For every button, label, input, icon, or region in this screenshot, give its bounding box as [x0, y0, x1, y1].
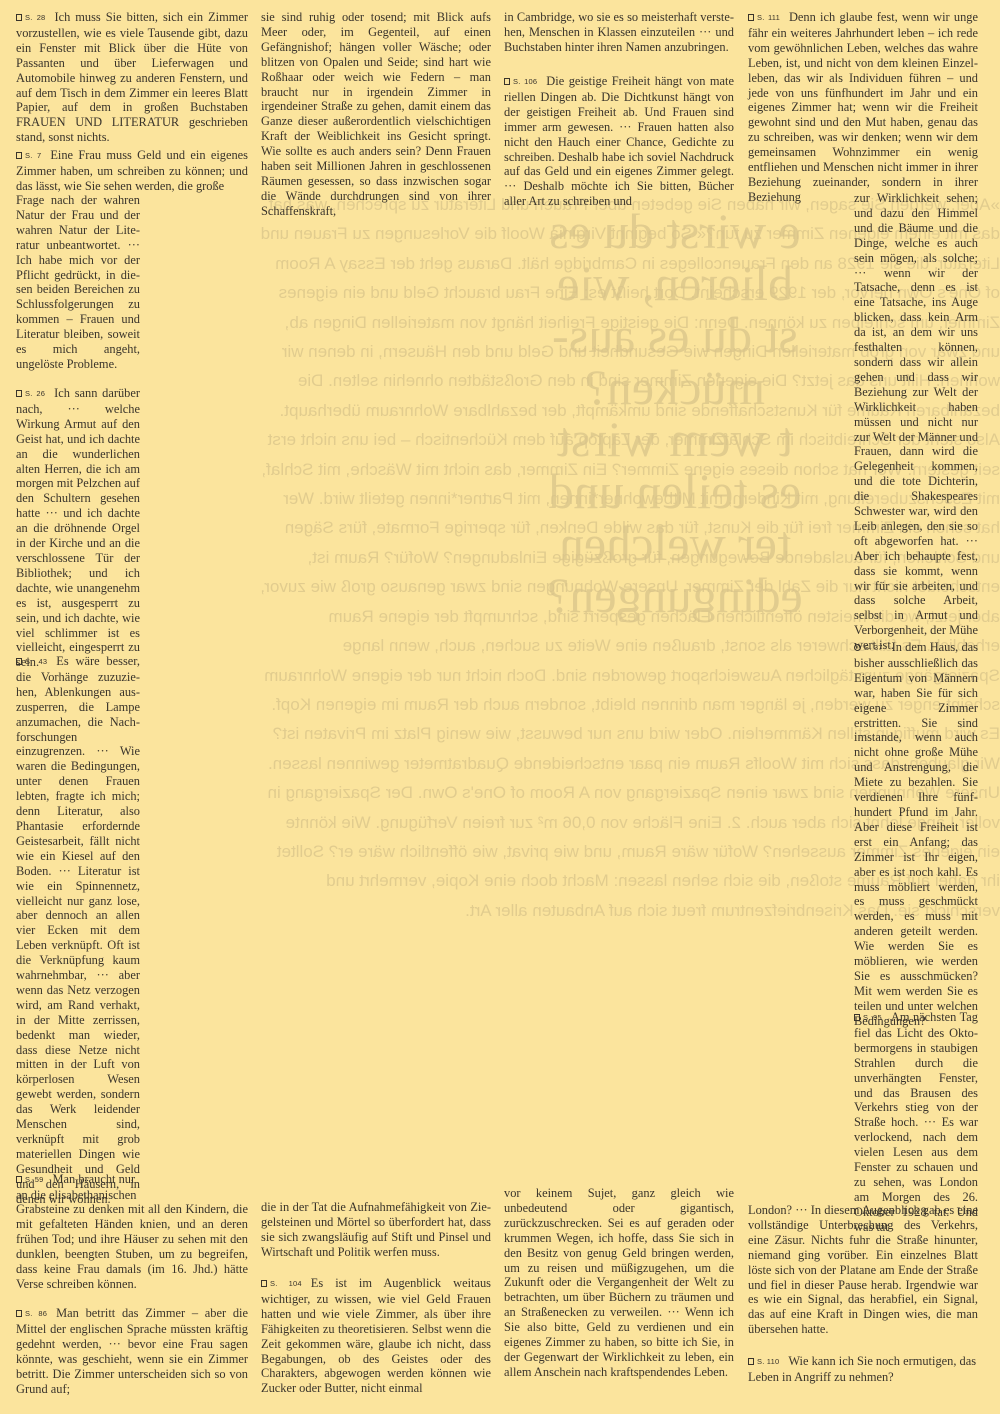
- quote-block-s28: S. 28Ich muss Sie bitten, sich ein Zimme…: [16, 10, 248, 145]
- page-marker: S. 104: [261, 1279, 302, 1288]
- quote-text: die Vorhänge zuzuzie­hen, Ablenkungen au…: [16, 670, 140, 1206]
- quote-lead: Ich muss Sie bitten, sich ein Zimmer: [54, 10, 248, 24]
- page-marker: S. 59: [16, 1175, 44, 1184]
- quote-text: zur Wirklichkeit sehen; und dazu den Him…: [854, 191, 978, 653]
- quote-block-s106: S. 106Die geistige Freiheit hängt von ma…: [504, 74, 734, 209]
- page-marker: S. 43: [16, 657, 47, 666]
- quote-block-s59-head: S. 59Man braucht nuran die elisabethanis…: [16, 1172, 140, 1203]
- quote-text: Leben in Angriff zu nehmen?: [748, 1370, 894, 1384]
- quote-block-s43: S. 43Es wäre besser, die Vorhänge zuzuzi…: [16, 654, 140, 1207]
- page-marker: S. 106: [504, 77, 537, 86]
- quote-text: Zimmer haben, um schreiben zu können; un…: [16, 164, 248, 193]
- square-bullet-icon: [16, 1310, 22, 1317]
- quote-block-s86-continued: sie sind ruhig oder tosend; mit Blick au…: [261, 10, 491, 219]
- quote-lead: Die geistige Freiheit hängt von mate­: [546, 74, 734, 88]
- quote-lead: In dem Haus, das: [892, 640, 978, 654]
- quote-block-s37: S. 37In dem Haus, das bisher ausschließl…: [854, 640, 978, 1029]
- square-bullet-icon: [748, 14, 754, 21]
- quote-block-s104: S. 104Es ist im Augenblick weitaus wicht…: [261, 1276, 491, 1396]
- quote-text: an die elisabethanischen: [16, 1188, 136, 1202]
- quote-text: fähr ein weiteres Jahrhundert leben – ic…: [748, 26, 978, 204]
- reverse-side-show-through-heading: e wirst du es blieren, wie st du es aus-…: [505, 205, 845, 621]
- quote-block-s95-wide: London? ··· In diesem Augenblick gab es …: [748, 1203, 978, 1337]
- quote-block-s86-continued-2: die in der Tat die Aufnahmefähigkeit von…: [261, 1200, 491, 1260]
- square-bullet-icon: [16, 1176, 22, 1183]
- square-bullet-icon: [748, 1358, 754, 1365]
- quote-block-s111: S. 111Denn ich glaube fest, wenn wir ung…: [748, 10, 978, 205]
- quote-text: Frage nach der wahren Natur der Frau und…: [16, 193, 140, 372]
- quote-text: bisher ausschließlich das Eigentum von M…: [854, 656, 978, 1028]
- quote-block-s111-narrow: zur Wirklichkeit sehen; und dazu den Him…: [854, 191, 978, 653]
- quote-block-s104-continued: in Cambridge, wo sie es so meisterhaft v…: [504, 10, 734, 55]
- quote-block-s7: S. 7Eine Frau muss Geld und ein eigenes …: [16, 148, 248, 194]
- page-marker: S. 95: [854, 1013, 882, 1022]
- quote-block-s59: Grabsteine zu denken mit all den Kindern…: [16, 1202, 248, 1291]
- quote-lead: Am nächsten Tag: [891, 1010, 978, 1024]
- square-bullet-icon: [504, 78, 510, 85]
- square-bullet-icon: [16, 658, 22, 665]
- quote-lead: Man braucht nur: [53, 1172, 136, 1186]
- quote-text: vorzustellen, wie es viele Tausende gibt…: [16, 26, 248, 144]
- square-bullet-icon: [16, 14, 22, 21]
- quote-text: Grabsteine zu denken mit all den Kindern…: [16, 1202, 248, 1291]
- quote-block-s7-narrow: Frage nach der wahren Natur der Frau und…: [16, 193, 140, 372]
- page-marker: S. 7: [16, 151, 41, 160]
- quote-block-s106-continued: vor keinem Sujet, ganz gleich wie unbede…: [504, 1186, 734, 1380]
- quote-text: in Cambridge, wo sie es so meisterhaft v…: [504, 10, 734, 55]
- quote-text: sie sind ruhig oder tosend; mit Blick au…: [261, 10, 491, 219]
- quote-text: nach, ··· welche Wirkung Armut auf den G…: [16, 402, 140, 669]
- quote-block-s110: S. 110Wie kann ich Sie noch ermutigen, d…: [748, 1354, 978, 1385]
- square-bullet-icon: [854, 1014, 860, 1021]
- page-marker: S. 37: [854, 643, 883, 652]
- quote-lead: Es wäre besser,: [56, 654, 140, 668]
- quote-block-s95: S. 95Am nächsten Tag fiel das Licht des …: [854, 1010, 978, 1235]
- quote-text: die in der Tat die Aufnahmefähigkeit von…: [261, 1200, 491, 1260]
- page-marker: S. 110: [748, 1357, 779, 1366]
- page-marker: S. 26: [16, 389, 45, 398]
- quote-text: London? ··· In diesem Augenblick gab es …: [748, 1203, 978, 1337]
- quote-text: Mittel der englischen Sprache müssten kr…: [16, 1322, 248, 1396]
- quote-text: riellen Dingen ab. Die Dichtkunst hängt …: [504, 90, 734, 208]
- square-bullet-icon: [16, 390, 22, 397]
- quote-lead: Man betritt das Zimmer – aber die: [56, 1306, 248, 1320]
- quote-text: zu wissen, wie viel Geld Frauen hatten u…: [261, 1292, 491, 1395]
- quote-lead: Eine Frau muss Geld und ein eigenes: [50, 148, 248, 162]
- page-marker: S. 86: [16, 1309, 47, 1318]
- circle-bullet-icon: [854, 644, 861, 651]
- quote-text: vor keinem Sujet, ganz gleich wie unbede…: [504, 1186, 734, 1380]
- square-bullet-icon: [261, 1280, 267, 1287]
- quote-lead: Denn ich glaube fest, wenn wir unge­: [789, 10, 978, 24]
- page-marker: S. 111: [748, 13, 780, 22]
- quote-block-s26: S. 26Ich sann darüber nach, ··· welche W…: [16, 386, 140, 670]
- quote-lead: Wie kann ich Sie noch ermutigen, das: [788, 1354, 976, 1368]
- quote-lead: Ich sann darüber: [54, 386, 140, 400]
- square-bullet-icon: [16, 152, 22, 159]
- page-marker: S. 28: [16, 13, 45, 22]
- quote-block-s86: S. 86Man betritt das Zimmer – aber die M…: [16, 1306, 248, 1396]
